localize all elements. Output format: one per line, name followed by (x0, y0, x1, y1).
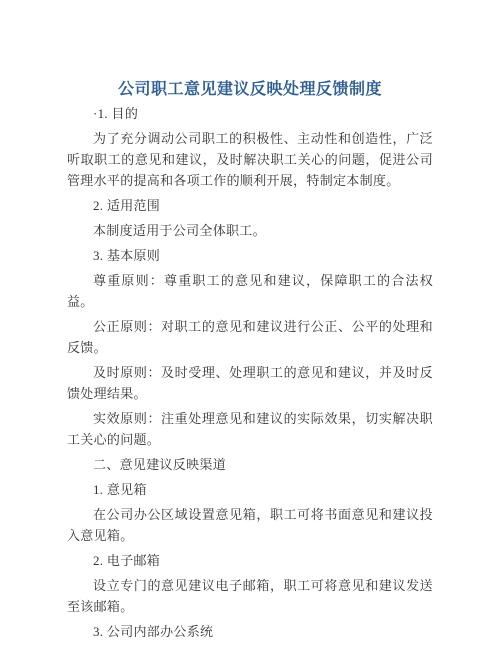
paragraph: 3. 公司内部办公系统 (67, 621, 433, 642)
paragraph: 为了充分调动公司职工的积极性、主动性和创造性，广泛听取职工的意见和建议，及时解决… (67, 128, 433, 191)
document-title: 公司职工意见建议反映处理反馈制度 (67, 80, 433, 100)
paragraph: 公正原则：对职工的意见和建议进行公正、公平的处理和反馈。 (67, 316, 433, 358)
paragraph: 设立专门的意见建议电子邮箱，职工可将意见和建议发送至该邮箱。 (67, 575, 433, 617)
paragraph: 2. 适用范围 (67, 195, 433, 216)
paragraph: 二、意见建议反映渠道 (67, 454, 433, 475)
document-page: 公司职工意见建议反映处理反馈制度 ·1. 目的为了充分调动公司职工的积极性、主动… (0, 0, 500, 647)
paragraph: ·1. 目的 (67, 103, 433, 124)
paragraph: 1. 意见箱 (67, 479, 433, 500)
paragraph: 尊重原则：尊重职工的意见和建议，保障职工的合法权益。 (67, 270, 433, 312)
paragraph: 及时原则：及时受理、处理职工的意见和建议，并及时反馈处理结果。 (67, 362, 433, 404)
paragraph: 2. 电子邮箱 (67, 550, 433, 571)
paragraph: 在公司办公区域设置意见箱，职工可将书面意见和建议投入意见箱。 (67, 504, 433, 546)
document-body: ·1. 目的为了充分调动公司职工的积极性、主动性和创造性，广泛听取职工的意见和建… (67, 103, 433, 642)
paragraph: 本制度适用于公司全体职工。 (67, 220, 433, 241)
paragraph: 实效原则：注重处理意见和建议的实际效果，切实解决职工关心的问题。 (67, 408, 433, 450)
paragraph: 3. 基本原则 (67, 245, 433, 266)
